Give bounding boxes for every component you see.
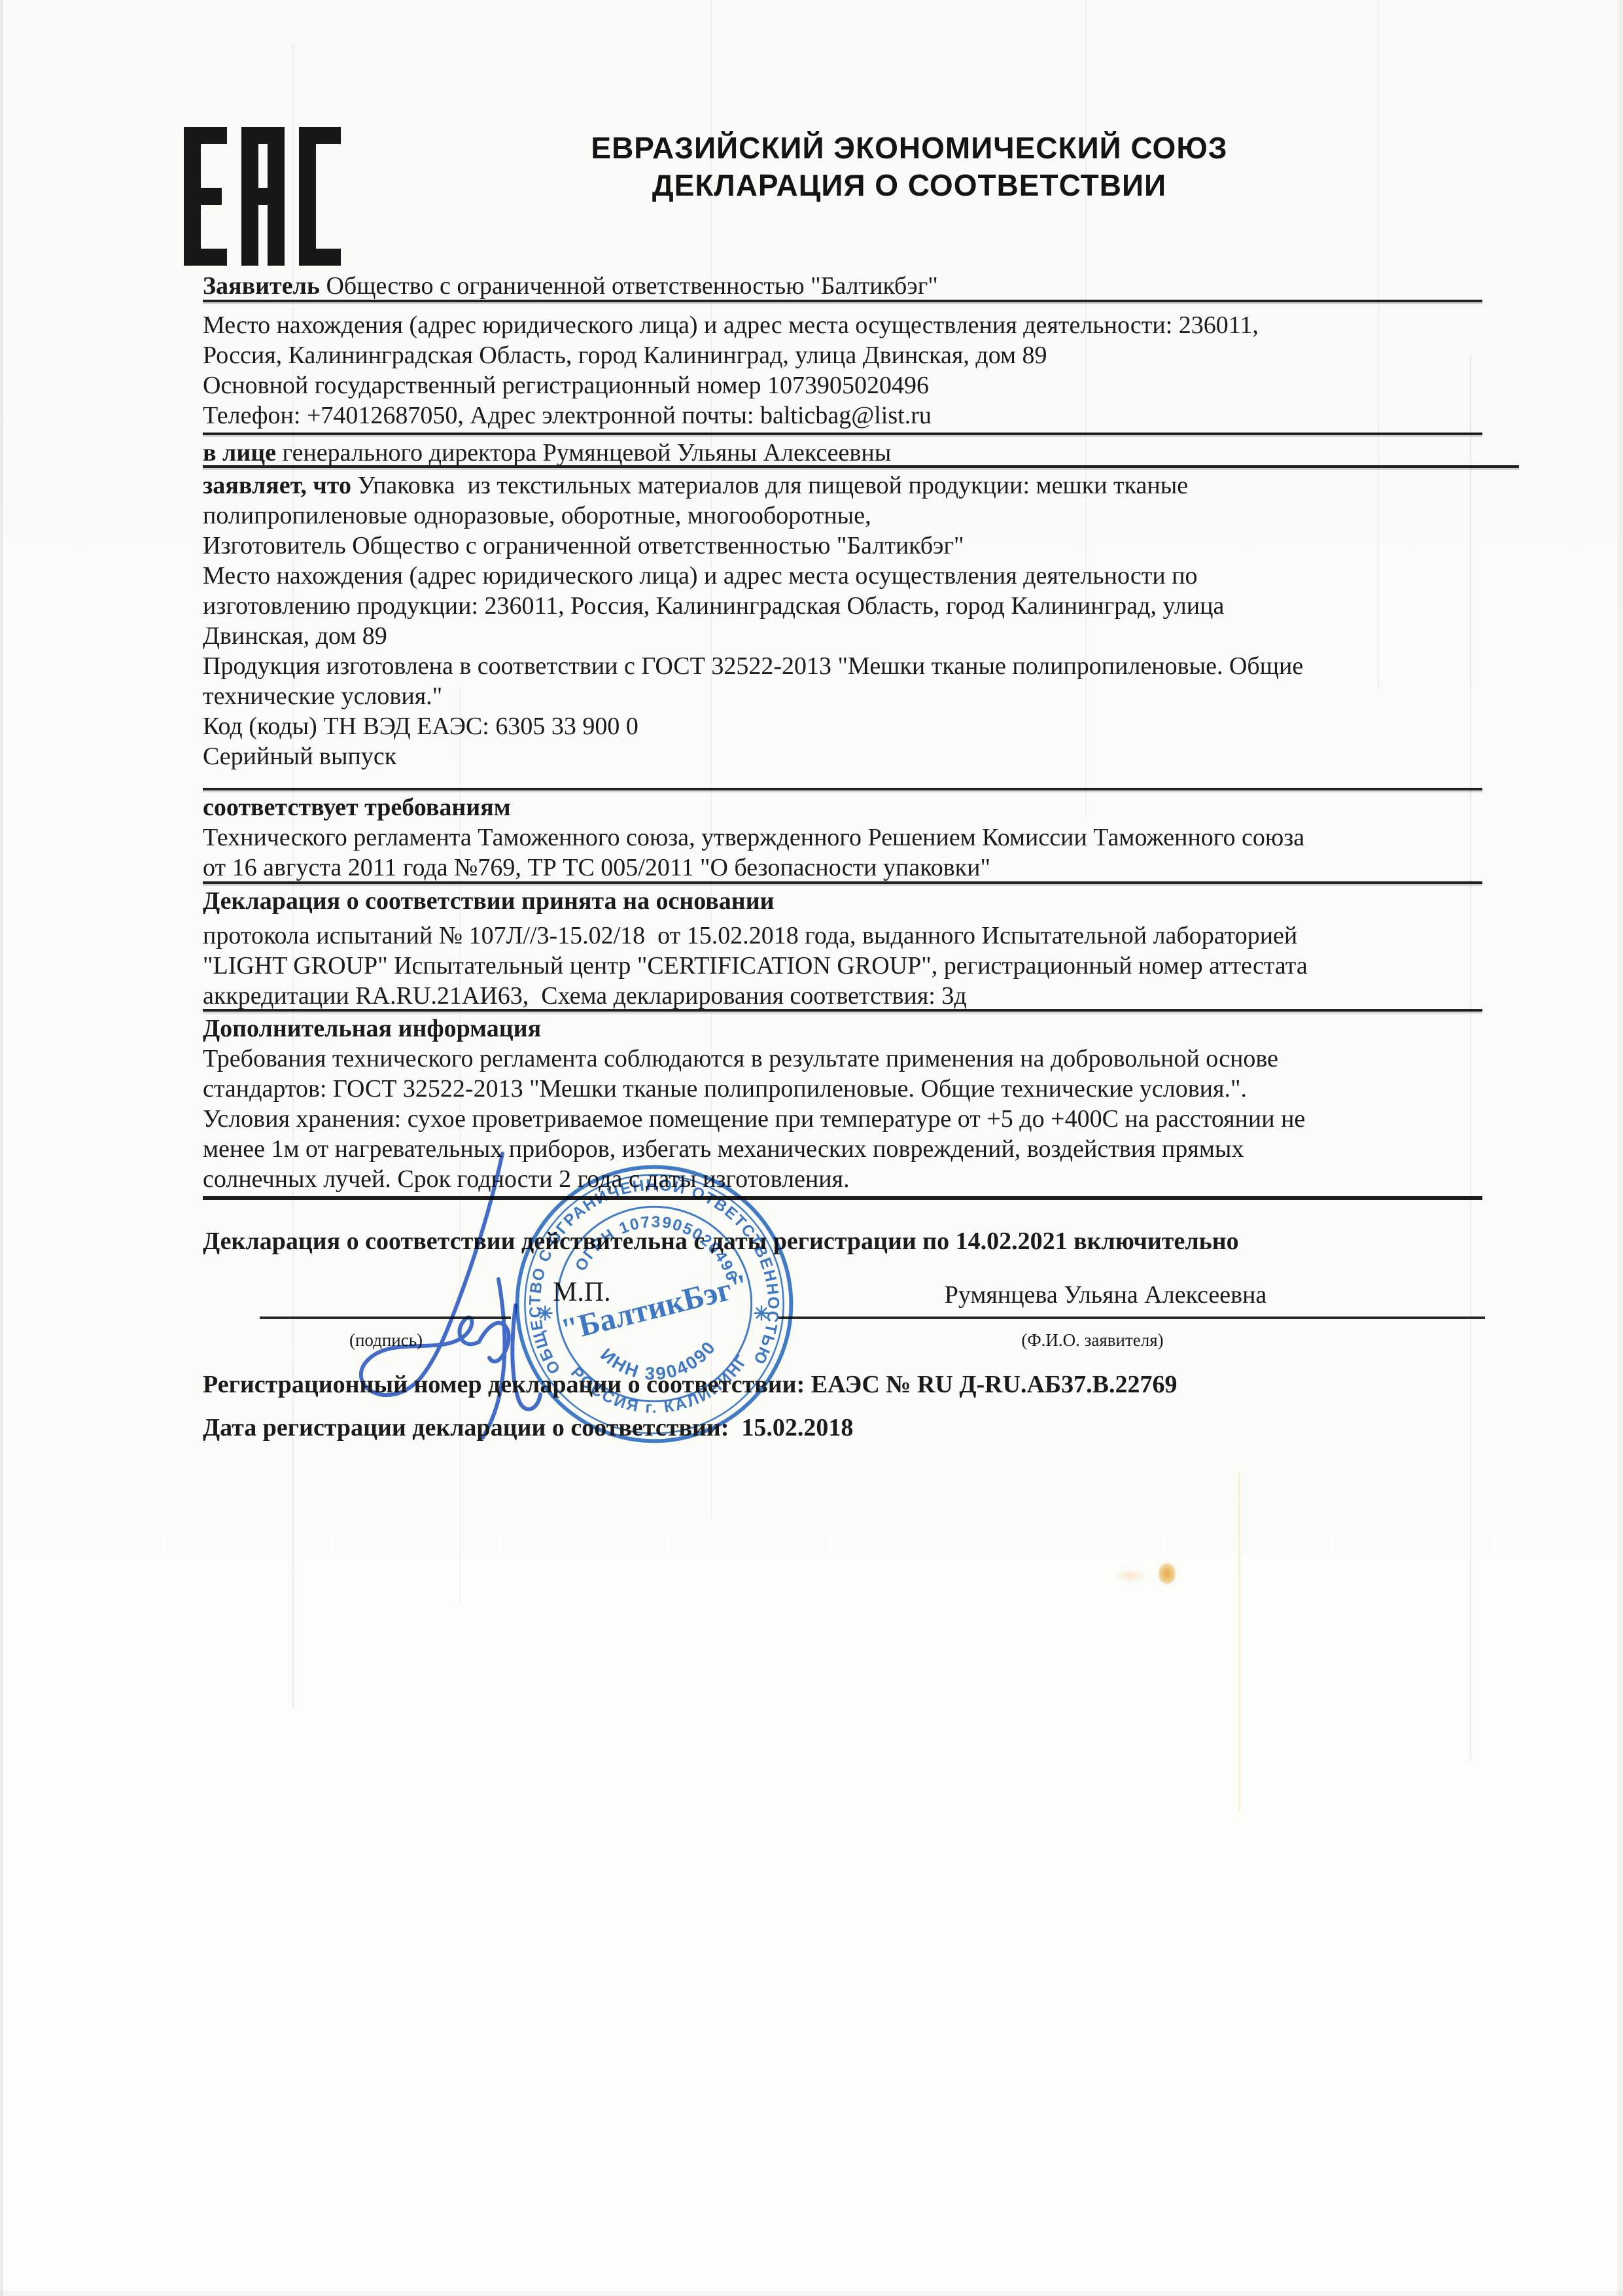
fio-caption: (Ф.И.О. заявителя) xyxy=(942,1330,1243,1351)
text-line: полипропиленовые одноразовые, оборотные,… xyxy=(203,501,1303,531)
text-line: Телефон: +74012687050, Адрес электронной… xyxy=(203,400,1259,431)
text-line: стандартов: ГОСТ 32522-2013 "Мешки тканы… xyxy=(203,1074,1305,1104)
person-value: генерального директора Румянцевой Ульяны… xyxy=(276,439,891,467)
page-bottom-edge xyxy=(0,2291,1623,2296)
text-line: технические условия." xyxy=(203,681,1303,711)
document-title: ЕВРАЗИЙСКИЙ ЭКОНОМИЧЕСКИЙ СОЮЗ ДЕКЛАРАЦИ… xyxy=(353,130,1465,204)
ink-stain xyxy=(1158,1563,1176,1585)
divider-rule xyxy=(203,881,1482,884)
ink-stain-faint xyxy=(1115,1569,1147,1582)
stamp-star-right: ✳ xyxy=(754,1303,770,1324)
person-label: в лице xyxy=(203,439,276,467)
divider-rule xyxy=(203,788,1482,790)
applicant-label: Заявитель xyxy=(203,272,320,300)
stamp-star-left: ✳ xyxy=(537,1303,553,1324)
stamp-center-text: "БалтикБэг" xyxy=(557,1267,752,1348)
title-line-1: ЕВРАЗИЙСКИЙ ЭКОНОМИЧЕСКИЙ СОЮЗ xyxy=(353,130,1465,167)
title-line-2: ДЕКЛАРАЦИЯ О СООТВЕТСТВИИ xyxy=(353,167,1465,204)
text-line: изготовлению продукции: 236011, Россия, … xyxy=(203,591,1303,621)
scan-artifact-line xyxy=(1378,0,1379,687)
registration-number-line: Регистрационный номер декларации о соотв… xyxy=(203,1369,1177,1400)
requirements-heading: соответствует требованиям xyxy=(203,792,511,822)
text-line: протокола испытаний № 107Л//3-15.02/18 о… xyxy=(203,921,1308,951)
divider-rule xyxy=(203,1009,1482,1012)
additional-heading: Дополнительная информация xyxy=(203,1014,541,1044)
divider-rule xyxy=(203,300,1482,302)
page-left-edge xyxy=(0,0,3,2296)
declares-line: заявляет, что Упаковка из текстильных ма… xyxy=(203,470,1188,501)
fio-line xyxy=(778,1316,1485,1319)
declares-label: заявляет, что xyxy=(203,472,351,499)
divider-rule xyxy=(203,465,1519,468)
company-round-stamp: ОБЩЕСТВО С ОГРАНИЧЕННОЙ ОТВЕТСТВЕННОСТЬЮ… xyxy=(507,1157,801,1451)
text-line: Место нахождения (адрес юридического лиц… xyxy=(203,310,1259,340)
declares-value: Упаковка из текстильных материалов для п… xyxy=(351,472,1188,499)
text-line: от 16 августа 2011 года №769, ТР ТС 005/… xyxy=(203,853,1304,883)
text-line: Технического регламента Таможенного союз… xyxy=(203,822,1304,853)
text-line: Продукция изготовлена в соответствии с Г… xyxy=(203,651,1303,681)
scanned-declaration-page: ЕВРАЗИЙСКИЙ ЭКОНОМИЧЕСКИЙ СОЮЗ ДЕКЛАРАЦИ… xyxy=(0,0,1623,2296)
text-line: Основной государственный регистрационный… xyxy=(203,370,1259,400)
page-right-edge xyxy=(1618,0,1623,2296)
person-line: в лице генерального директора Румянцевой… xyxy=(203,438,891,468)
text-line: аккредитации RA.RU.21АИ63, Схема деклари… xyxy=(203,981,1308,1011)
text-line: Двинская, дом 89 xyxy=(203,621,1303,651)
scan-artifact-line xyxy=(1238,1472,1240,1812)
scan-artifact-line xyxy=(1470,353,1471,1760)
product-details: полипропиленовые одноразовые, оборотные,… xyxy=(203,501,1303,771)
divider-rule xyxy=(203,433,1482,435)
registration-date-line: Дата регистрации декларации о соответств… xyxy=(203,1413,853,1443)
basis-heading: Декларация о соответствии принята на осн… xyxy=(203,886,774,916)
applicant-details: Место нахождения (адрес юридического лиц… xyxy=(203,310,1259,431)
basis-lines: протокола испытаний № 107Л//3-15.02/18 о… xyxy=(203,921,1308,1011)
text-line: Серийный выпуск xyxy=(203,741,1303,771)
applicant-fio: Румянцева Ульяна Алексеевна xyxy=(850,1280,1361,1310)
text-line: Место нахождения (адрес юридического лиц… xyxy=(203,561,1303,591)
applicant-line: Заявитель Общество с ограниченной ответс… xyxy=(203,271,938,301)
text-line: Россия, Калининградская Область, город К… xyxy=(203,340,1259,370)
applicant-value: Общество с ограниченной ответственностью… xyxy=(320,272,938,300)
text-line: Изготовитель Общество с ограниченной отв… xyxy=(203,531,1303,561)
text-line: Код (коды) ТН ВЭД ЕАЭС: 6305 33 900 0 xyxy=(203,711,1303,741)
text-line: "LIGHT GROUP" Испытательный центр "CERTI… xyxy=(203,951,1308,981)
requirements-lines: Технического регламента Таможенного союз… xyxy=(203,822,1304,883)
text-line: Требования технического регламента соблю… xyxy=(203,1044,1305,1074)
eac-logo-icon xyxy=(182,127,343,266)
text-line: Условия хранения: сухое проветриваемое п… xyxy=(203,1104,1305,1134)
